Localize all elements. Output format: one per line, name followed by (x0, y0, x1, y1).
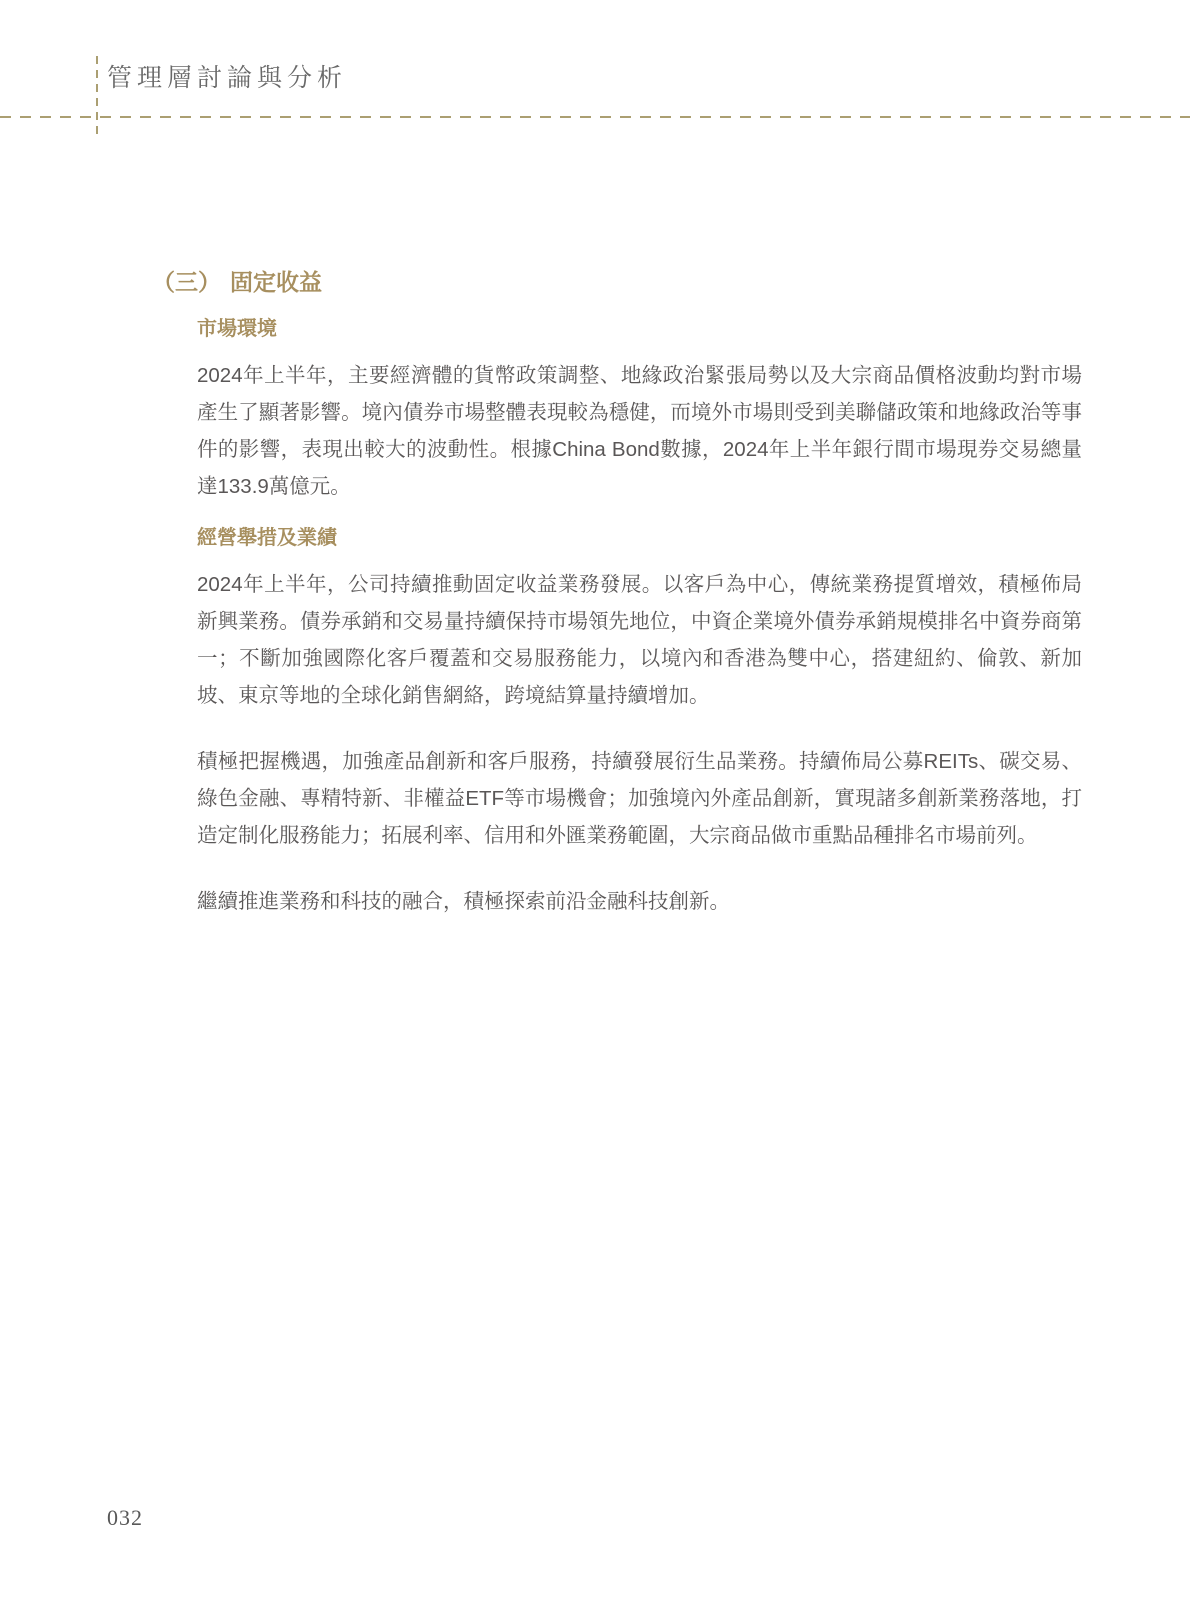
paragraph-business-initiatives-3: 繼續推進業務和科技的融合，積極探索前沿金融科技創新。 (197, 883, 1082, 920)
paragraph-market-environment-1: 2024年上半年，主要經濟體的貨幣政策調整、地緣政治緊張局勢以及大宗商品價格波動… (197, 357, 1082, 505)
header-vertical-dashed-line (96, 56, 98, 138)
section-number: （三） (152, 268, 221, 296)
subsections: 市場環境 2024年上半年，主要經濟體的貨幣政策調整、地緣政治緊張局勢以及大宗商… (152, 316, 1082, 920)
paragraph-business-initiatives-1: 2024年上半年，公司持續推動固定收益業務發展。以客戶為中心，傳統業務提質增效，… (197, 566, 1082, 714)
page-title: 管理層討論與分析 (107, 58, 347, 94)
subsection-heading-market-environment: 市場環境 (197, 316, 1082, 342)
report-page: 管理層討論與分析 （三） 固定收益 市場環境 2024年上半年，主要經濟體的貨幣… (0, 0, 1190, 1615)
paragraph-business-initiatives-2: 積極把握機遇，加強產品創新和客戶服務，持續發展衍生品業務。持續佈局公募REITs… (197, 743, 1082, 854)
page-number: 032 (107, 1505, 143, 1531)
section-heading: （三） 固定收益 (152, 268, 1082, 296)
subsection-market-environment: 市場環境 2024年上半年，主要經濟體的貨幣政策調整、地緣政治緊張局勢以及大宗商… (197, 316, 1082, 505)
header-horizontal-dashed-line (0, 116, 1190, 118)
subsection-heading-business-initiatives: 經營舉措及業績 (197, 525, 1082, 551)
subsection-business-initiatives: 經營舉措及業績 2024年上半年，公司持續推動固定收益業務發展。以客戶為中心，傳… (197, 525, 1082, 920)
section-title: 固定收益 (230, 268, 322, 296)
main-content: （三） 固定收益 市場環境 2024年上半年，主要經濟體的貨幣政策調整、地緣政治… (152, 268, 1082, 920)
